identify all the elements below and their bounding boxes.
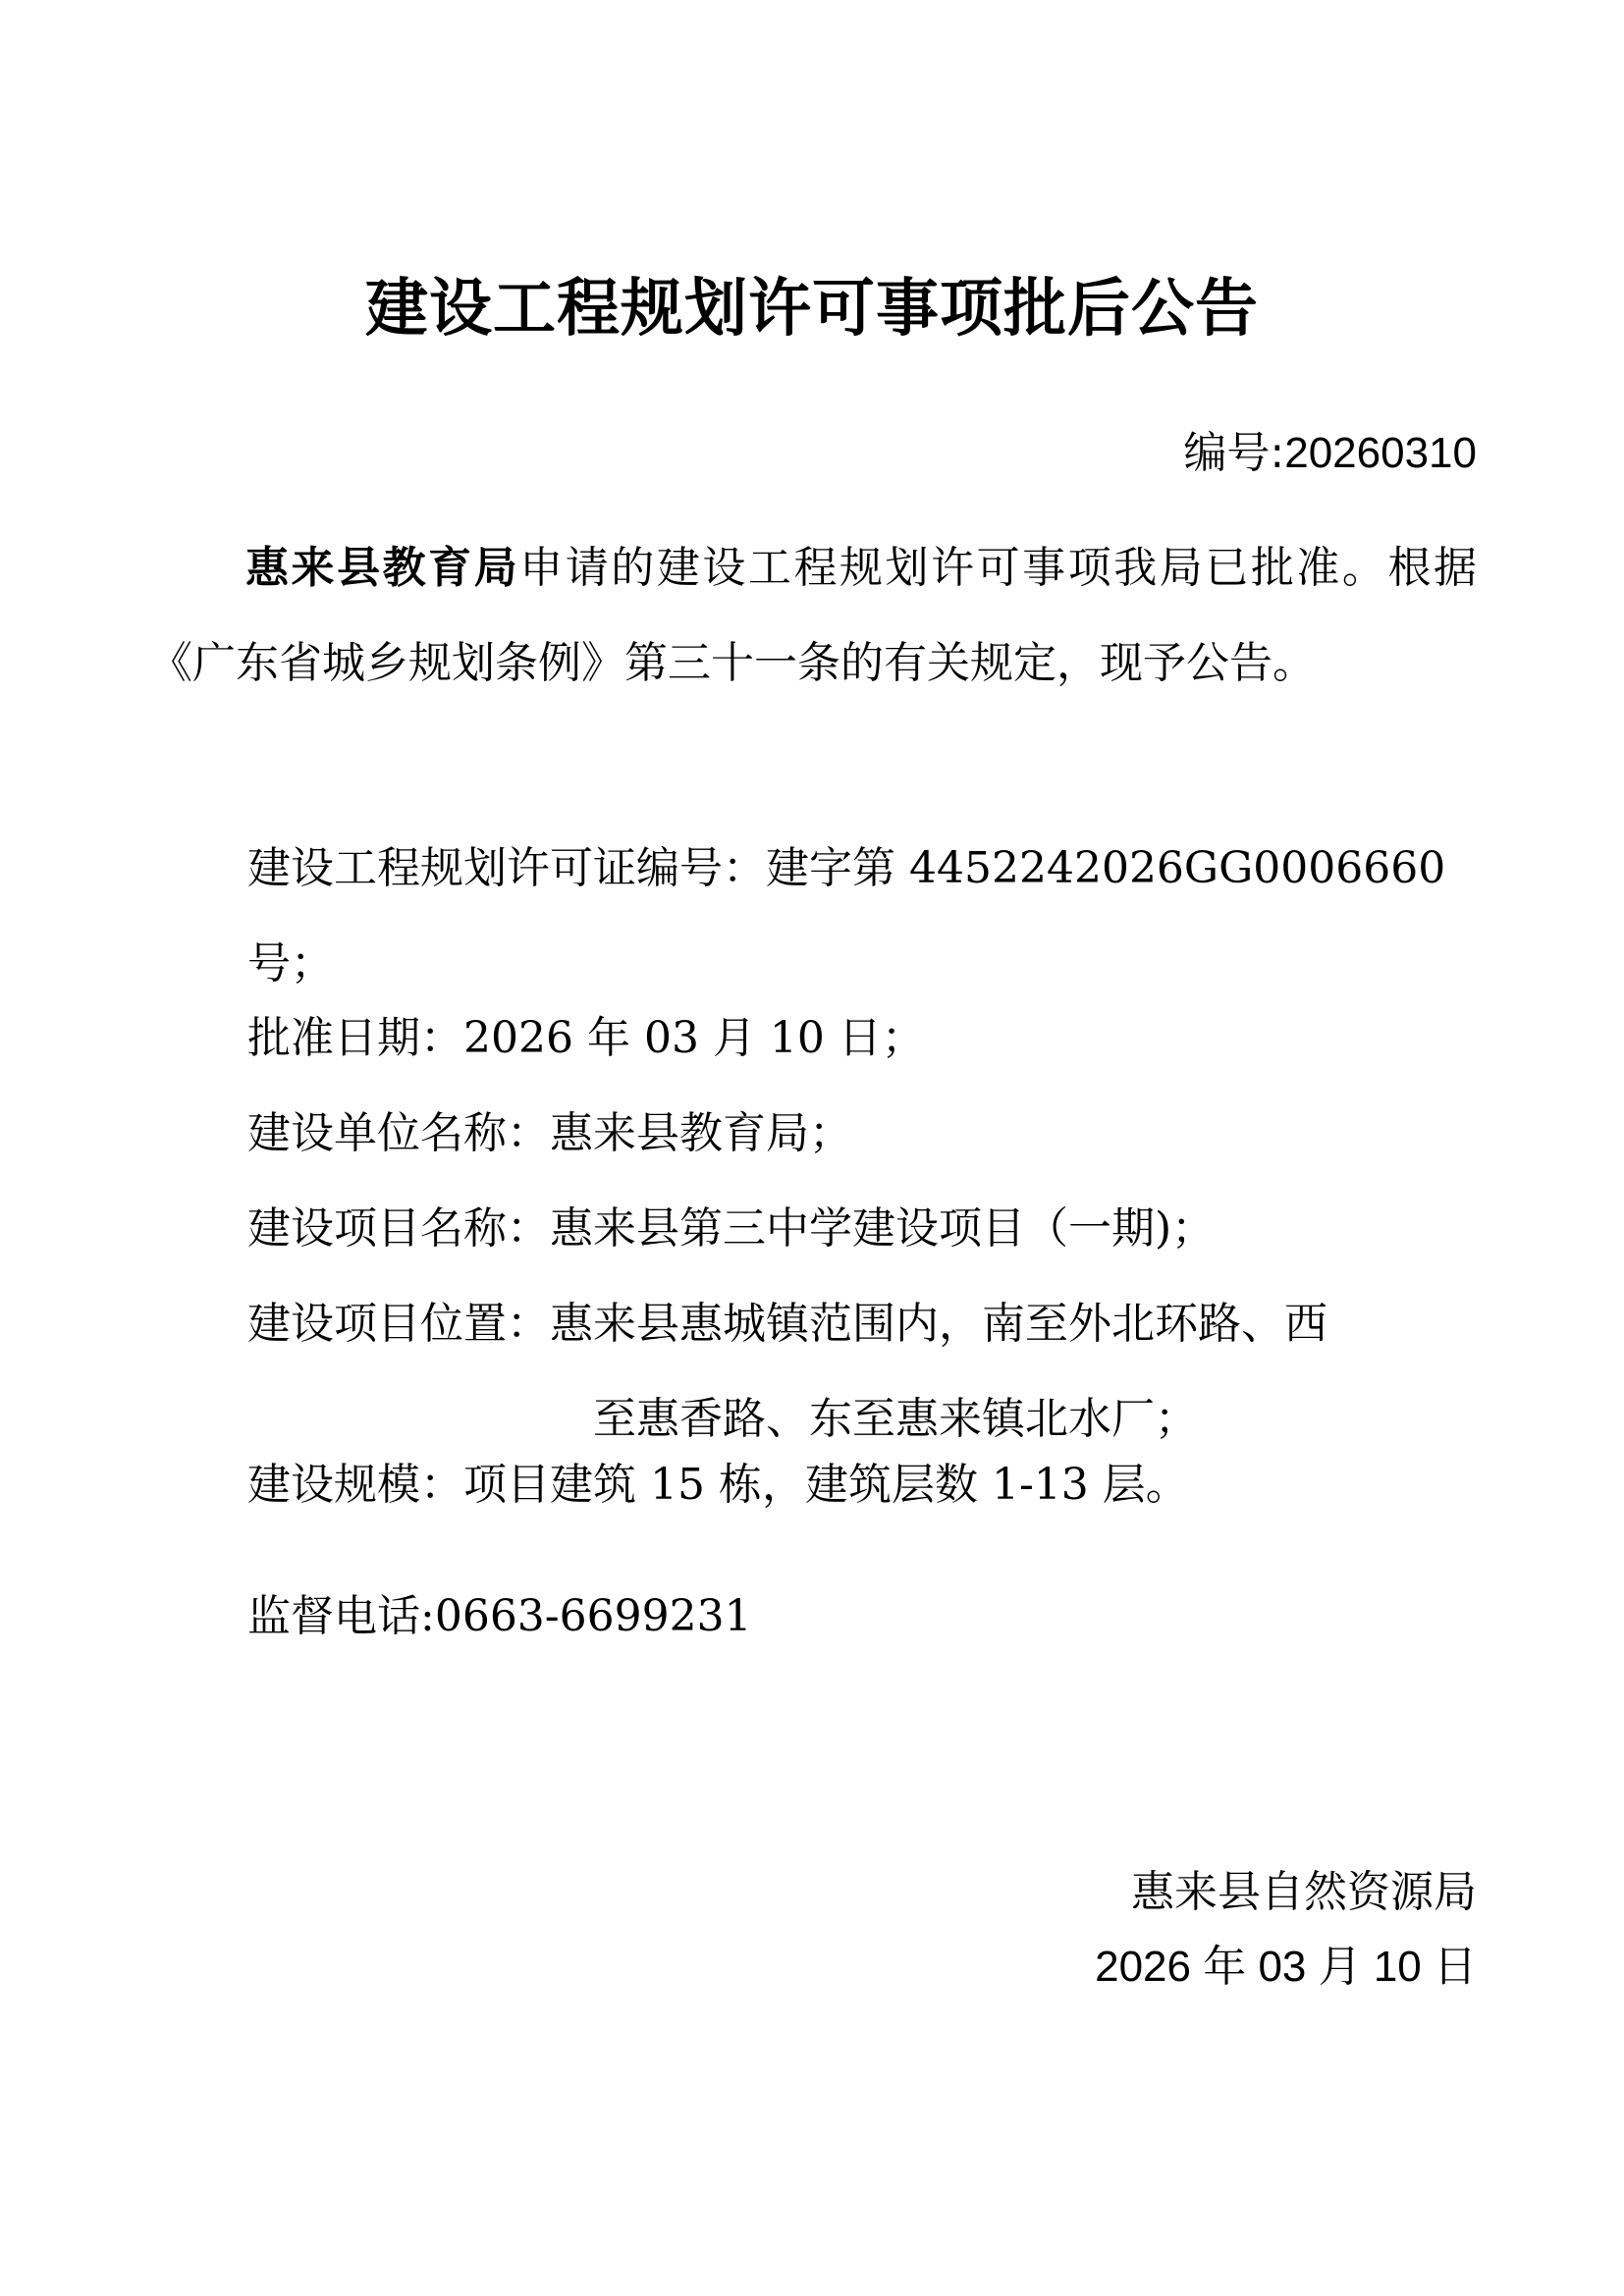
project-location-value-line1: 惠来县惠城镇范围内，南至外北环路、西 — [550, 1299, 1327, 1349]
supervision-phone-value: 0663-6699231 — [435, 1591, 752, 1641]
document-number: 编号:20260310 — [1183, 424, 1477, 483]
supervision-phone-label: 监督电话: — [247, 1591, 435, 1641]
construction-unit-label: 建设单位名称： — [247, 1108, 550, 1158]
construction-scale-label: 建设规模： — [247, 1460, 463, 1510]
intro-paragraph: 惠来县教育局申请的建设工程规划许可事项我局已批准。根据《广东省城乡规划条例》第三… — [149, 520, 1477, 711]
approval-date-field: 批准日期：2026 年 03 月 10 日； — [247, 1009, 1477, 1068]
document-number-value: 20260310 — [1284, 429, 1477, 477]
supervision-phone-field: 监督电话:0663-6699231 — [247, 1587, 1477, 1646]
signature-organization: 惠来县自然资源局 — [1131, 1863, 1477, 1922]
construction-unit-value: 惠来县教育局； — [550, 1108, 852, 1158]
construction-unit-field: 建设单位名称：惠来县教育局； — [247, 1104, 1477, 1163]
project-name-field: 建设项目名称：惠来县第三中学建设项目（一期)； — [247, 1200, 1477, 1258]
signature-date: 2026 年 03 月 10 日 — [1095, 1938, 1477, 1997]
project-location-label: 建设项目位置： — [247, 1299, 550, 1349]
document-title: 建设工程规划许可事项批后公告 — [0, 265, 1624, 353]
project-name-value: 惠来县第三中学建设项目（一期)； — [550, 1203, 1215, 1254]
applicant-name: 惠来县教育局 — [245, 543, 519, 593]
approval-date-label: 批准日期： — [247, 1013, 463, 1063]
project-location-field: 建设项目位置：惠来县惠城镇范围内，南至外北环路、西 至惠香路、东至惠来镇北水厂； — [247, 1295, 1477, 1449]
document-page: 建设工程规划许可事项批后公告 编号:20260310 惠来县教育局申请的建设工程… — [0, 0, 1624, 2296]
permit-number-field: 建设工程规划许可证编号：建字第 4452242026GG0006660 号； — [247, 821, 1477, 1011]
permit-number-label: 建设工程规划许可证编号： — [247, 843, 766, 893]
document-number-label: 编号: — [1183, 428, 1284, 478]
approval-date-value: 2026 年 03 月 10 日； — [463, 1013, 925, 1063]
construction-scale-field: 建设规模：项目建筑 15 栋，建筑层数 1-13 层。 — [247, 1456, 1477, 1515]
construction-scale-value: 项目建筑 15 栋，建筑层数 1-13 层。 — [463, 1460, 1189, 1510]
project-location-value-line2: 至惠香路、东至惠来镇北水厂； — [247, 1390, 1477, 1449]
project-name-label: 建设项目名称： — [247, 1203, 550, 1254]
